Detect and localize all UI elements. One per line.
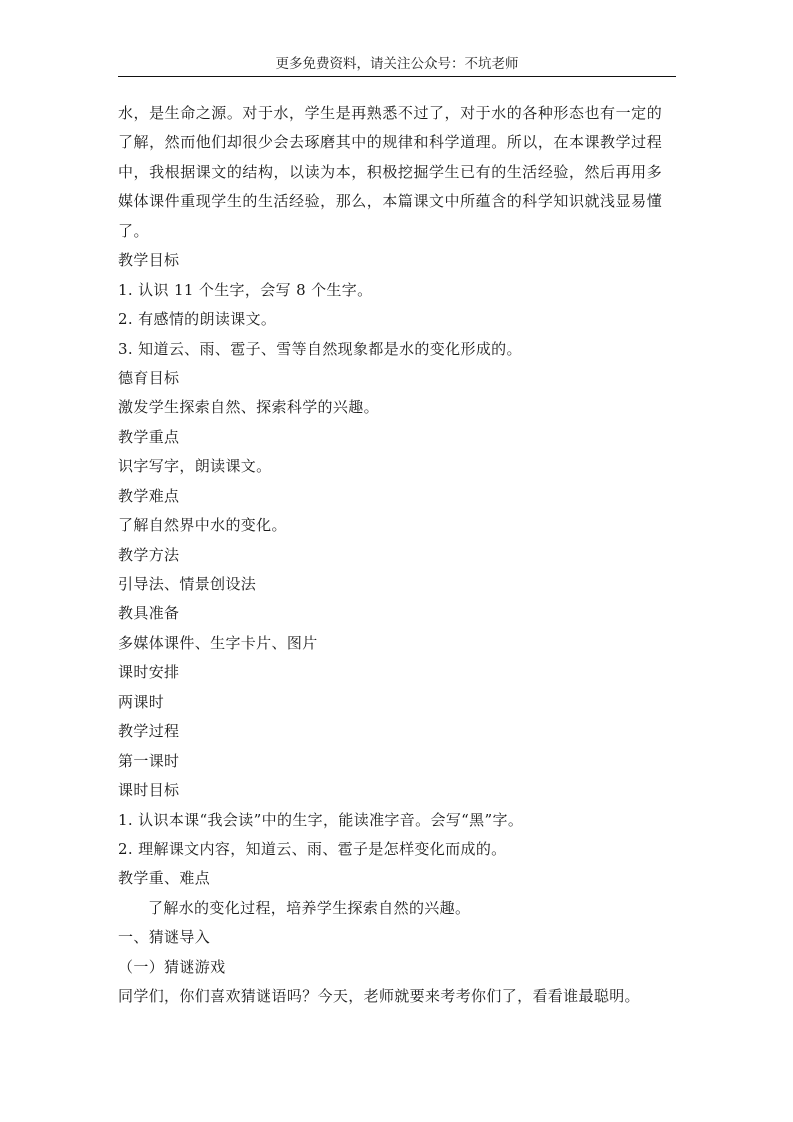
document-body: 水，是生命之源。对于水，学生是再熟悉不过了，对于水的各种形态也有一定的 了解，然… bbox=[118, 99, 674, 1012]
intro-line: 中，我根据课文的结构，以读为本，积极挖掘学生已有的生活经验，然后再用多 bbox=[118, 158, 674, 187]
heading-materials: 教具准备 bbox=[118, 599, 674, 628]
heading-key-difficult: 教学重、难点 bbox=[118, 864, 674, 893]
teaching-goal-item: 3. 知道云、雨、雹子、雪等自然现象都是水的变化形成的。 bbox=[118, 335, 674, 364]
heading-methods: 教学方法 bbox=[118, 541, 674, 570]
intro-line: 水，是生命之源。对于水，学生是再熟悉不过了，对于水的各种形态也有一定的 bbox=[118, 99, 674, 128]
heading-step1: 一、猜谜导入 bbox=[118, 923, 674, 952]
teaching-goal-item: 1. 认识 11 个生字，会写 8 个生字。 bbox=[118, 276, 674, 305]
moral-goals-text: 激发学生探索自然、探索科学的兴趣。 bbox=[118, 393, 674, 422]
lesson-title: 第一课时 bbox=[118, 747, 674, 776]
intro-line: 了。 bbox=[118, 217, 674, 246]
heading-difficulties: 教学难点 bbox=[118, 482, 674, 511]
heading-teaching-goals: 教学目标 bbox=[118, 246, 674, 275]
difficulties-text: 了解自然界中水的变化。 bbox=[118, 511, 674, 540]
heading-lesson-goals: 课时目标 bbox=[118, 776, 674, 805]
heading-step1-sub: （一）猜谜游戏 bbox=[118, 953, 674, 982]
lesson-goal-item: 1. 认识本课“我会读”中的生字，能读准字音。会写“黑”字。 bbox=[118, 806, 674, 835]
intro-line: 媒体课件重现学生的生活经验，那么，本篇课文中所蕴含的科学知识就浅显易懂 bbox=[118, 187, 674, 216]
materials-text: 多媒体课件、生字卡片、图片 bbox=[118, 629, 674, 658]
heading-key-points: 教学重点 bbox=[118, 423, 674, 452]
teaching-goal-item: 2. 有感情的朗读课文。 bbox=[118, 305, 674, 334]
intro-line: 了解，然而他们却很少会去琢磨其中的规律和科学道理。所以，在本课教学过程 bbox=[118, 128, 674, 157]
key-difficult-text: 了解水的变化过程，培养学生探索自然的兴趣。 bbox=[118, 894, 674, 923]
schedule-text: 两课时 bbox=[118, 688, 674, 717]
heading-moral-goals: 德育目标 bbox=[118, 364, 674, 393]
lesson-goal-item: 2. 理解课文内容，知道云、雨、雹子是怎样变化而成的。 bbox=[118, 835, 674, 864]
header-divider bbox=[118, 76, 676, 77]
heading-schedule: 课时安排 bbox=[118, 658, 674, 687]
key-points-text: 识字写字，朗读课文。 bbox=[118, 452, 674, 481]
page-header: 更多免费资料，请关注公众号：不坑老师 bbox=[118, 55, 676, 73]
methods-text: 引导法、情景创设法 bbox=[118, 570, 674, 599]
intro-paragraph: 水，是生命之源。对于水，学生是再熟悉不过了，对于水的各种形态也有一定的 了解，然… bbox=[118, 99, 674, 246]
heading-process: 教学过程 bbox=[118, 717, 674, 746]
step1-text: 同学们，你们喜欢猜谜语吗？今天，老师就要来考考你们了，看看谁最聪明。 bbox=[118, 982, 674, 1011]
